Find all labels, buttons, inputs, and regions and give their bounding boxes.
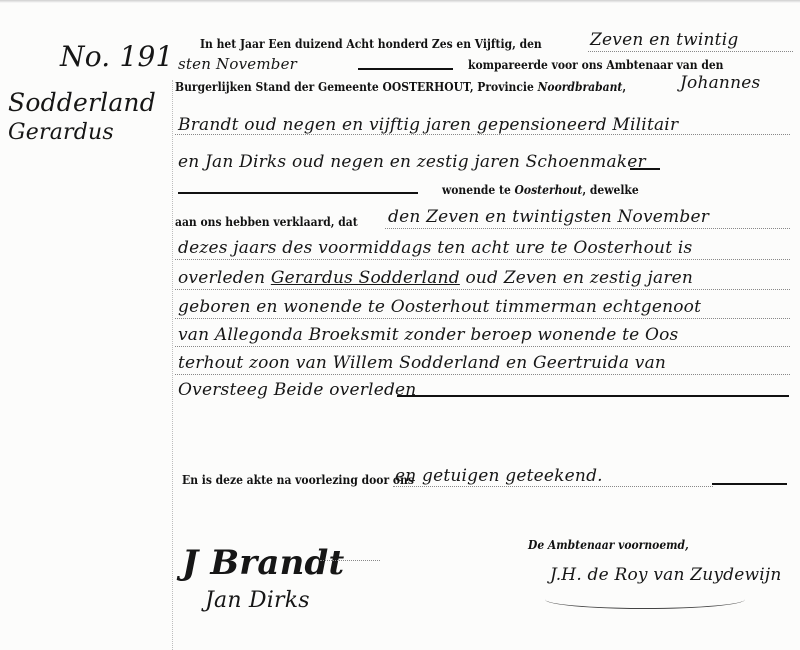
handwritten-birth-occupation: geboren en wonende te Oosterhout timmerm… — [178, 297, 701, 317]
handwritten-month: sten November — [178, 55, 297, 73]
comma: , — [622, 79, 626, 94]
margin-line — [172, 80, 173, 650]
residence-place: Oosterhout — [515, 182, 583, 197]
deceased-name: Gerardus Sodderland — [271, 268, 460, 288]
province-name: Noordbrabant — [538, 79, 623, 94]
handwritten-parents-status: Oversteeg Beide overleden — [178, 380, 416, 400]
word-overleden: overleden — [178, 268, 265, 288]
blank-rule — [630, 168, 660, 170]
witness-signature-brandt: J Brandt — [182, 543, 344, 583]
handwritten-witness1: Brandt oud negen en vijftig jaren gepens… — [178, 115, 678, 135]
fill-line — [175, 134, 790, 135]
printed-verklaard: aan ons hebben verklaard, dat — [175, 214, 358, 229]
margin-surname: Sodderland — [8, 88, 156, 117]
fill-line — [175, 374, 790, 375]
fill-line — [385, 228, 790, 229]
blank-rule — [358, 68, 453, 70]
printed-compareerde: kompareerde voor ons Ambtenaar van den — [468, 57, 723, 72]
deceased-age: oud Zeven en zestig jaren — [465, 268, 693, 288]
fill-line — [588, 51, 793, 52]
fill-line — [175, 318, 790, 319]
page-edge — [0, 0, 800, 3]
handwritten-closing: en getuigen geteekend. — [395, 466, 603, 486]
signature-flourish — [545, 590, 745, 609]
record-number: No. 191 — [60, 40, 174, 73]
printed-dewelke: , dewelke — [582, 182, 638, 197]
witness-signature-dirks: Jan Dirks — [205, 588, 310, 613]
printed-closing: En is deze akte na voorlezing door ons — [182, 472, 414, 487]
printed-wonende: wonende te Oosterhout, dewelke — [442, 182, 639, 197]
printed-municipality-line: Burgerlijken Stand der Gemeente OOSTERHO… — [175, 79, 626, 94]
blank-rule — [397, 395, 789, 397]
printed-burgerlijken: Burgerlijken Stand der Gemeente — [175, 79, 379, 94]
signature-dash — [320, 560, 380, 561]
certificate-page: No. 191 Sodderland Gerardus In het Jaar … — [0, 0, 800, 650]
official-label: De Ambtenaar voornoemd, — [528, 537, 689, 552]
handwritten-death-date: den Zeven en twintigsten November — [388, 207, 709, 227]
printed-wonende-te: wonende te — [442, 182, 511, 197]
printed-intro: In het Jaar Een duizend Acht honderd Zes… — [200, 36, 542, 51]
handwritten-parents: terhout zoon van Willem Sodderland en Ge… — [178, 353, 666, 373]
handwritten-witness2: en Jan Dirks oud negen en zestig jaren S… — [178, 152, 646, 172]
official-signature: J.H. de Roy van Zuydewijn — [550, 565, 782, 585]
handwritten-deceased-line: overleden Gerardus Sodderland oud Zeven … — [178, 268, 693, 288]
fill-line — [175, 259, 790, 260]
fill-line — [393, 486, 713, 487]
handwritten-day: Zeven en twintig — [590, 30, 738, 50]
blank-rule — [712, 483, 787, 485]
blank-rule — [178, 192, 418, 194]
handwritten-spouse: van Allegonda Broeksmit zonder beroep wo… — [178, 325, 678, 345]
handwritten-witness1-first: Johannes — [680, 73, 760, 93]
handwritten-time-place: dezes jaars des voormiddags ten acht ure… — [178, 238, 692, 258]
printed-provincie: , Provincie — [470, 79, 534, 94]
fill-line — [175, 346, 790, 347]
margin-given-name: Gerardus — [8, 120, 114, 145]
municipality-name: OOSTERHOUT — [382, 79, 469, 94]
fill-line — [175, 289, 790, 290]
